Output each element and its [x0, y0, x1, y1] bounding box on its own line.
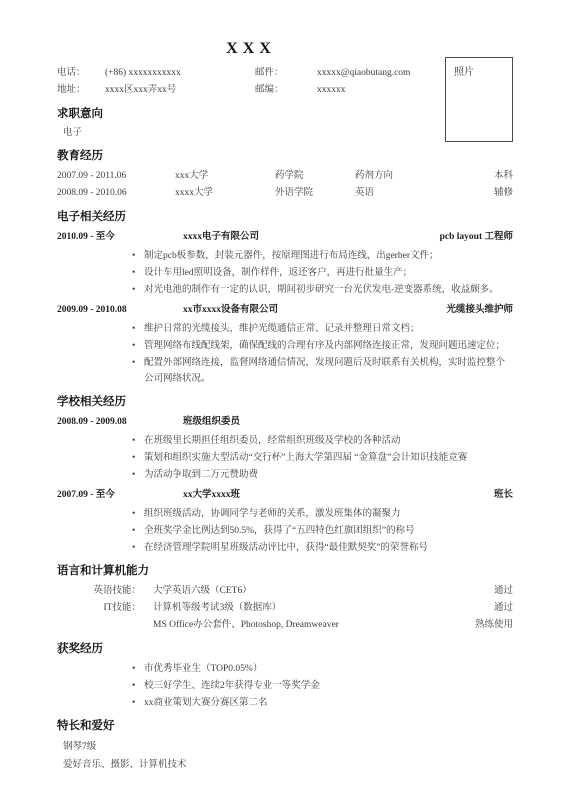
school-entry-bullets: 在班级里长期担任组织委员，经常组织班级及学校的各种活动 策划和组织实施大型活动“… [131, 433, 513, 483]
header: XXX 电话： (+86) xxxxxxxxxxx 邮件： xxxxx@qiao… [57, 40, 445, 99]
skill-label: 英语技能： [57, 583, 141, 600]
section-title-work: 电子相关经历 [57, 210, 513, 225]
section-title-skills: 语言和计算机能力 [57, 564, 513, 579]
bullet-item: 组织班级活动，协调同学与老师的关系，激发班集体的凝聚力 [131, 506, 513, 522]
phone-label: 电话： [57, 65, 105, 82]
bullet-item: 在经济管理学院明星班级活动评比中，获得“最佳默契奖”的荣誉称号 [131, 540, 513, 556]
awards-bullets: 市优秀毕业生（TOP0.05%） 校三好学生、连续2年获得专业一等奖学金 xx商… [131, 661, 513, 711]
bullet-item: 维护日常的光缆接头，维护光缆通信正常、记录并整理日常文档； [131, 321, 513, 337]
bullet-item: 为活动争取到二万元赞助费 [131, 467, 513, 483]
school-entry-bullets: 组织班级活动，协调同学与老师的关系，激发班集体的凝聚力 全班奖学金比例达到50.… [131, 506, 513, 556]
bullet-item: xx商业策划大赛分赛区第二名 [131, 695, 513, 711]
skill-value: 大学英语六级（CET6） [153, 583, 252, 600]
skill-value: MS Office办公套件、Photoshop, Dreamweaver [153, 617, 339, 634]
candidate-name: XXX [57, 40, 445, 58]
skill-row: IT技能： 计算机等级考试3级（数据库） 通过 [57, 600, 513, 617]
entry-org: 班级组织委员 [183, 414, 240, 430]
education-degree: 辅修 [461, 185, 513, 202]
skill-value: 计算机等级考试3级（数据库） [153, 600, 281, 617]
bullet-item: 管理网络布线配线架，确保配线的合理有序及内部网络连接正常，发现问题迅速定位； [131, 338, 513, 354]
bullet-item: 配置外部网络连接，监督网络通信情况，发现问题后及时联系有关机构，实时监控整个公司… [131, 355, 513, 387]
entry-org: xx大学xxxx班 [183, 487, 240, 503]
bullet-item: 策划和组织实施大型活动“交行杯”上海大学第四届 “金算盘”会计知识技能竞赛 [131, 450, 513, 466]
bullet-item: 制定pcb板参数，封装元器件，按原理图进行布局连线，出gerber文件； [131, 248, 513, 264]
section-title-education: 教育经历 [57, 149, 513, 164]
photo-placeholder: 照片 [445, 57, 513, 142]
skill-label: IT技能： [57, 600, 141, 617]
hobby-line: 爱好音乐、摄影、计算机技术 [63, 756, 513, 774]
bullet-item: 市优秀毕业生（TOP0.05%） [131, 661, 513, 677]
skill-row: 英语技能： 大学英语六级（CET6） 通过 [57, 583, 513, 600]
address-value: xxxx区xxx弄xx号 [105, 82, 255, 99]
education-college: 外语学院 [275, 185, 355, 202]
education-school: xxxx大学 [175, 185, 275, 202]
education-period: 2007.09 - 2011.06 [57, 168, 175, 185]
entry-period: 2007.09 - 至今 [57, 487, 183, 503]
bullet-item: 全班奖学金比例达到50.5%，获得了“五四特色红旗团组织”的称号 [131, 523, 513, 539]
education-college: 药学院 [275, 168, 355, 185]
work-entry-header: 2010.09 - 至今 xxxx电子有限公司 pcb layout 工程师 [57, 229, 513, 245]
work-entry-bullets: 维护日常的光缆接头，维护光缆通信正常、记录并整理日常文档； 管理网络布线配线架，… [131, 321, 513, 387]
resume-page: 照片 XXX 电话： (+86) xxxxxxxxxxx 邮件： xxxxx@q… [0, 0, 566, 800]
bullet-item: 在班级里长期担任组织委员，经常组织班级及学校的各种活动 [131, 433, 513, 449]
zip-value: xxxxxx [317, 82, 445, 99]
entry-role: pcb layout 工程师 [440, 229, 513, 245]
skill-label [57, 617, 141, 634]
skill-status: 熟练使用 [475, 617, 513, 634]
hobby-line: 钢琴7级 [63, 738, 513, 756]
zip-label: 邮编： [255, 82, 317, 99]
entry-role: 班长 [494, 487, 513, 503]
entry-org: xx市xxxx设备有限公司 [183, 302, 278, 318]
work-entry-bullets: 制定pcb板参数，封装元器件，按原理图进行布局连线，出gerber文件； 设计车… [131, 248, 513, 298]
education-degree: 本科 [461, 168, 513, 185]
education-row: 2008.09 - 2010.06 xxxx大学 外语学院 英语 辅修 [57, 185, 513, 202]
education-major: 药剂方向 [355, 168, 461, 185]
bullet-item: 对光电池的制作有一定的认识，期间初步研究一台光伏发电-逆变器系统，收益颇多。 [131, 282, 513, 298]
address-label: 地址： [57, 82, 105, 99]
contact-row-2: 地址： xxxx区xxx弄xx号 邮编： xxxxxx [57, 82, 445, 99]
phone-value: (+86) xxxxxxxxxxx [105, 65, 255, 82]
bullet-item: 设计车用led照明设备，制作样件，返还客户，再进行批量生产； [131, 265, 513, 281]
section-title-hobbies: 特长和爱好 [57, 719, 513, 734]
entry-period: 2010.09 - 至今 [57, 229, 183, 245]
skill-status: 通过 [494, 600, 513, 617]
education-period: 2008.09 - 2010.06 [57, 185, 175, 202]
school-entry-header: 2008.09 - 2009.08 班级组织委员 [57, 414, 513, 430]
school-entry-header: 2007.09 - 至今 xx大学xxxx班 班长 [57, 487, 513, 503]
section-title-school: 学校相关经历 [57, 395, 513, 410]
photo-label: 照片 [454, 67, 474, 78]
work-entry-header: 2009.09 - 2010.08 xx市xxxx设备有限公司 光缆接头维护师 [57, 302, 513, 318]
entry-role: 光缆接头维护师 [446, 302, 513, 318]
email-label: 邮件： [255, 65, 317, 82]
skill-row: MS Office办公套件、Photoshop, Dreamweaver 熟练使… [57, 617, 513, 634]
entry-org: xxxx电子有限公司 [183, 229, 259, 245]
skill-status: 通过 [494, 583, 513, 600]
entry-period: 2008.09 - 2009.08 [57, 414, 183, 430]
entry-period: 2009.09 - 2010.08 [57, 302, 183, 318]
contact-row-1: 电话： (+86) xxxxxxxxxxx 邮件： xxxxx@qiaobuta… [57, 65, 445, 82]
bullet-item: 校三好学生、连续2年获得专业一等奖学金 [131, 678, 513, 694]
email-value: xxxxx@qiaobutang.com [317, 65, 445, 82]
education-row: 2007.09 - 2011.06 xxx大学 药学院 药剂方向 本科 [57, 168, 513, 185]
education-school: xxx大学 [175, 168, 275, 185]
section-title-awards: 获奖经历 [57, 642, 513, 657]
education-major: 英语 [355, 185, 461, 202]
